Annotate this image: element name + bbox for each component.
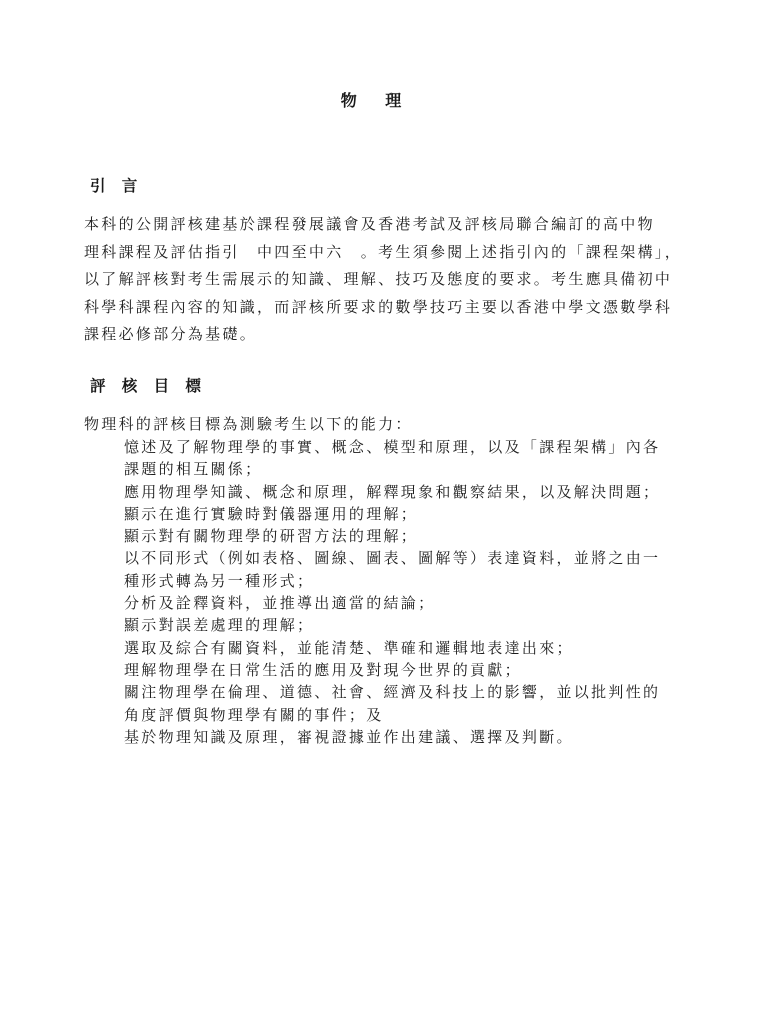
objective-line: 理解物理學在日常生活的應用及對現今世界的貢獻； xyxy=(124,660,660,682)
text-line: 理科課程及評估指引 中四至中六 。考生須參閱上述指引內的「課程架構」， xyxy=(84,240,682,268)
objective-line: 關注物理學在倫理、道德、社會、經濟及科技上的影響，並以批判性的 xyxy=(124,682,660,704)
document-title: 物 理 xyxy=(0,92,754,112)
document-page: 物 理 引 言 本科的公開評核建基於課程發展議會及香港考試及評核局聯合編訂的高中… xyxy=(0,0,768,1024)
objectives-list: 憶述及了解物理學的事實、概念、模型和原理，以及「課程架構」內各 課題的相互關係；… xyxy=(124,437,660,749)
objectives-heading: 評 核 目 標 xyxy=(90,378,207,396)
objective-line: 角度評價與物理學有關的事件；及 xyxy=(124,705,660,727)
objective-line: 分析及詮釋資料，並推導出適當的結論； xyxy=(124,593,660,615)
objective-line: 應用物理學知識、概念和原理，解釋現象和觀察結果，以及解決問題； xyxy=(124,482,660,504)
objectives-lead: 物理科的評核目標為測驗考生以下的能力： xyxy=(84,414,413,436)
text-line: 課程必修部分為基礎。 xyxy=(84,322,682,350)
text-line: 科學科課程內容的知識，而評核所要求的數學技巧主要以香港中學文憑數學科 xyxy=(84,295,682,323)
objective-line: 課題的相互關係； xyxy=(124,459,660,481)
objective-line: 種形式轉為另一種形式； xyxy=(124,571,660,593)
objective-line: 憶述及了解物理學的事實、概念、模型和原理，以及「課程架構」內各 xyxy=(124,437,660,459)
objective-line: 基於物理知識及原理，審視證據並作出建議、選擇及判斷。 xyxy=(124,727,660,749)
objective-line: 顯示對有關物理學的研習方法的理解； xyxy=(124,526,660,548)
objective-line: 選取及綜合有關資料，並能清楚、準確和邏輯地表達出來； xyxy=(124,638,660,660)
text-line: 以了解評核對考生需展示的知識、理解、技巧及態度的要求。考生應具備初中 xyxy=(84,267,682,295)
intro-paragraph: 本科的公開評核建基於課程發展議會及香港考試及評核局聯合編訂的高中物 理科課程及評… xyxy=(84,212,682,350)
text-line: 本科的公開評核建基於課程發展議會及香港考試及評核局聯合編訂的高中物 xyxy=(84,212,682,240)
intro-heading: 引 言 xyxy=(90,178,143,196)
objective-line: 以不同形式（例如表格、圖線、圖表、圖解等）表達資料，並將之由一 xyxy=(124,548,660,570)
objective-line: 顯示對誤差處理的理解； xyxy=(124,615,660,637)
objective-line: 顯示在進行實驗時對儀器運用的理解； xyxy=(124,504,660,526)
